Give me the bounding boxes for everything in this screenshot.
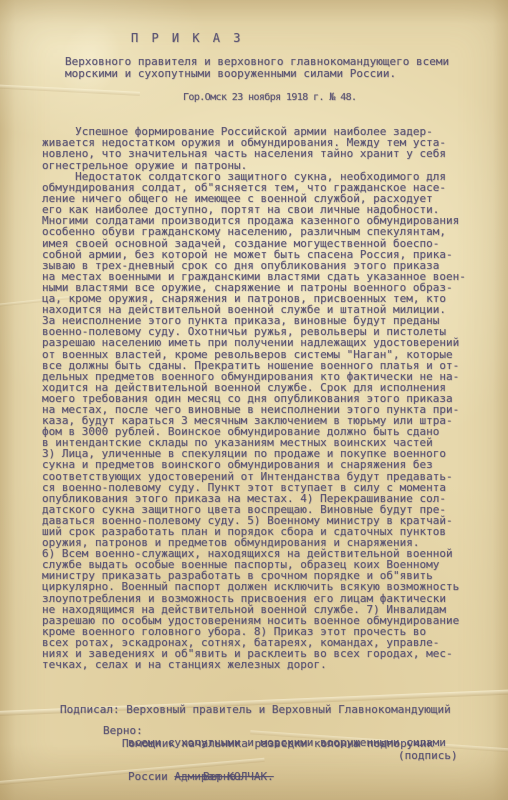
attestation-officer-line: Помощник начальника разведки колонны под… xyxy=(122,737,433,750)
order-dateline: Гор.Омск 23 ноября 1918 г. № 48. xyxy=(183,92,356,103)
signed-name-line: России Адмирал КОЛЧАК. xyxy=(60,771,451,782)
order-subtitle: Верховного правителя и верховного главно… xyxy=(65,56,449,79)
document-page: П Р И К А З Верховного правителя и верхо… xyxy=(0,0,508,800)
signature-placeholder: (подпись) xyxy=(398,749,458,762)
order-intro-paragraph: Успешное формирование Российской армии н… xyxy=(42,126,446,171)
order-title: П Р И К А З xyxy=(131,31,243,45)
paper-crease xyxy=(0,84,140,96)
verno-attestation-top: Верно: xyxy=(103,724,143,737)
signed-name-prefix: России xyxy=(128,770,174,783)
order-main-paragraph: Недостаток солдатского защитного сукна, … xyxy=(42,171,466,670)
verno-attestation-bottom: Верно: xyxy=(203,770,243,783)
signed-by-line: Подписал: Верховный правитель и Верховны… xyxy=(60,704,451,715)
